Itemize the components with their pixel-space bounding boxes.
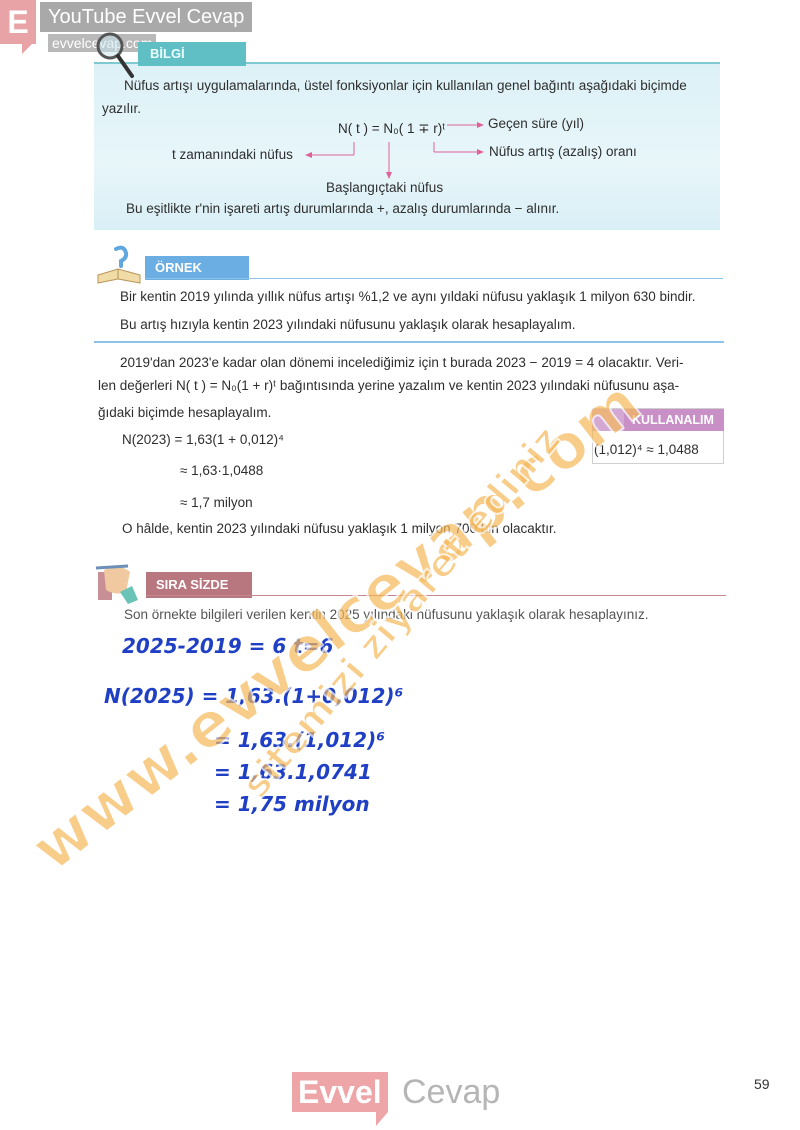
solution-step2: ≈ 1,63·1,0488: [180, 461, 263, 481]
example-separator: [94, 341, 724, 343]
footer-logo-cevap: Cevap: [402, 1072, 500, 1112]
solution-line3: ğıdaki biçimde hesaplayalım.: [98, 403, 271, 423]
example-title: ÖRNEK: [145, 256, 249, 280]
hand-pencil-icon: [94, 562, 146, 604]
handwritten-line5: = 1,75 milyon: [214, 792, 370, 816]
example-rule: [145, 278, 723, 279]
example-question-line1: Bir kentin 2019 yılında yıllık nüfus art…: [120, 287, 696, 307]
footer-logo-evvel: Evvel: [292, 1072, 388, 1112]
info-note: Bu eşitlikte r'nin işareti artış durumla…: [126, 199, 559, 219]
solution-line1: 2019'dan 2023'e kadar olan dönemi incele…: [120, 353, 684, 373]
book-question-icon: [94, 245, 144, 285]
solution-step3: ≈ 1,7 milyon: [180, 493, 253, 513]
solution-step1: N(2023) = 1,63(1 + 0,012)⁴: [122, 430, 284, 450]
example-question-line2: Bu artış hızıyla kentin 2023 yılındaki n…: [120, 315, 576, 335]
page-number: 59: [754, 1076, 770, 1092]
formula-arrows: [0, 0, 800, 200]
